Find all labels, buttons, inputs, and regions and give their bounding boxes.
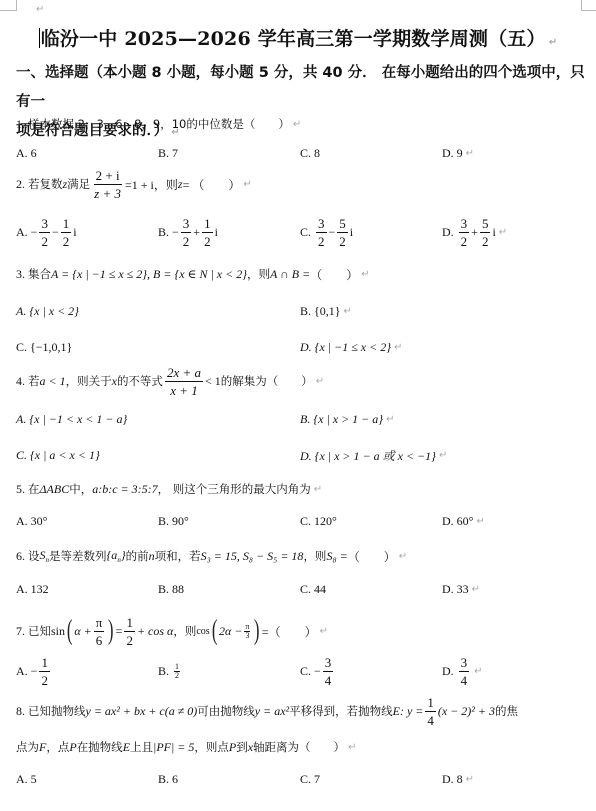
paragraph-mark: ↵ xyxy=(549,37,558,48)
paragraph-mark: ↵ xyxy=(472,584,480,595)
question-1-options: A. 6 B. 7 C. 8 D. 9↵ xyxy=(16,146,586,160)
option-a[interactable]: A. 132 xyxy=(16,582,49,597)
option-a[interactable]: A. −32−12i xyxy=(16,217,77,248)
stem-text: ，则 xyxy=(303,548,326,564)
question-3-options-row-1: A. {x | x < 2} B. {0,1}↵ xyxy=(16,302,586,320)
option-c[interactable]: C. 44 xyxy=(300,582,326,597)
option-d[interactable]: D. 33↵ xyxy=(442,582,480,597)
option-a[interactable]: A. 5 xyxy=(16,772,37,787)
stem-text: 的不等式 xyxy=(117,373,163,389)
option-b[interactable]: B. −32+12i xyxy=(158,217,218,248)
question-number: 3. xyxy=(16,267,25,282)
question-6-options: A. 132 B. 88 C. 44 D. 33↵ xyxy=(16,581,586,597)
option-b[interactable]: B. 12 xyxy=(158,663,182,680)
question-4: 4. 若 a < 1 ，则关于 x 的不等式 2x + ax + 1 < 1 的… xyxy=(16,364,586,398)
page-margin-corner-top-right xyxy=(581,0,596,11)
option-b[interactable]: B. 6 xyxy=(158,772,178,787)
section-heading-line-1: 一、选择题（本小题 8 小题，每小题 5 分，共 40 分． 在每小题给出的四个… xyxy=(16,59,586,117)
option-b[interactable]: B. {0,1}↵ xyxy=(300,304,352,319)
stem-text: ， 则这个三角形的最大内角为 xyxy=(158,481,311,497)
math-expression: {an} xyxy=(107,548,126,564)
math-expression: < 1 xyxy=(205,374,221,389)
math-expression: ΔABC xyxy=(40,482,70,497)
question-2-options: A. −32−12i B. −32+12i C. 32−52i D. 32+52… xyxy=(16,214,586,250)
option-a[interactable]: A. {x | −1 < x < 1 − a} xyxy=(16,412,127,427)
question-stem: 样本数据 2，3，6，8，9，10的中位数是（ ） xyxy=(28,116,290,132)
question-number: 8. xyxy=(16,704,25,719)
stem-text: 集合 xyxy=(28,266,51,282)
option-b[interactable]: B. 88 xyxy=(158,582,184,597)
question-7: 7. 已知 sin (α +π6) = 12 + cos α ，则 cos (2… xyxy=(16,614,586,648)
option-c[interactable]: C. 120° xyxy=(300,514,337,529)
question-3: 3. 集合 A = {x | −1 ≤ x ≤ 2}, B = {x ∈ N |… xyxy=(16,264,586,284)
stem-text: 的前 xyxy=(126,548,149,564)
question-number: 1. xyxy=(16,117,25,132)
paragraph-mark: ↵ xyxy=(499,227,507,238)
option-b[interactable]: B. {x | x > 1 − a}↵ xyxy=(300,412,394,427)
stem-text: 可由抛物线 xyxy=(197,703,255,719)
stem-text: 中， xyxy=(69,481,92,497)
math-expression: y = ax² xyxy=(255,704,289,719)
question-1: 1. 样本数据 2，3，6，8，9，10的中位数是（ ）↵ xyxy=(16,116,586,132)
right-paren: ) xyxy=(254,617,260,645)
option-b[interactable]: B. 7 xyxy=(158,146,178,161)
math-expression: α + xyxy=(74,624,91,639)
paragraph-mark: ↵ xyxy=(466,148,474,159)
fraction: 2 + iz + 3 xyxy=(92,169,123,200)
math-var: Sn xyxy=(40,548,50,564)
stem-text: ，点 xyxy=(46,739,69,755)
question-number: 2. xyxy=(16,177,25,192)
question-8-line-2: 点为 F ，点 P 在抛物线 E 上且 |PF| = 5 ，则点 P 到 x 轴… xyxy=(16,738,586,756)
question-5-options: A. 30° B. 90° C. 120° D. 60°↵ xyxy=(16,513,586,529)
option-a[interactable]: A. {x | x < 2} xyxy=(16,304,79,319)
paragraph-mark: ↵ xyxy=(320,626,328,637)
paragraph-mark: ↵ xyxy=(399,551,407,562)
question-5: 5. 在 ΔABC 中， a:b:c = 3:5:7 ， 则这个三角形的最大内角… xyxy=(16,480,586,498)
option-d[interactable]: D. {x | −1 ≤ x < 2}↵ xyxy=(300,340,402,355)
left-paren: ( xyxy=(67,617,73,645)
math-var: E xyxy=(123,740,130,755)
math-expression: 2α − xyxy=(219,624,242,639)
stem-text: 在 xyxy=(28,481,40,497)
option-a[interactable]: A. 30° xyxy=(16,514,47,529)
question-number: 6. xyxy=(16,549,25,564)
option-c[interactable]: C. {x | a < x < 1} xyxy=(16,448,100,463)
option-d[interactable]: D. 34↵ xyxy=(442,656,483,687)
math-var: F xyxy=(39,740,46,755)
option-c[interactable]: C. 7 xyxy=(300,772,320,787)
section-heading: 一、选择题（本小题 8 小题，每小题 5 分，共 40 分． 在每小题给出的四个… xyxy=(16,59,586,147)
stem-text: 已知抛物线 xyxy=(28,703,86,719)
math-expression: + cos α xyxy=(137,624,173,639)
stem-text: （ ） xyxy=(310,266,358,283)
stem-text: 若 xyxy=(28,373,40,389)
paragraph-mark: ↵ xyxy=(439,450,447,461)
option-a[interactable]: A. 6 xyxy=(16,146,37,161)
math-operator: = xyxy=(116,624,123,639)
option-d[interactable]: D. {x | x > 1 − a 或 x < −1}↵ xyxy=(300,447,447,464)
paragraph-mark: ↵ xyxy=(348,742,356,753)
stem-text: 平移得到，若抛物线 xyxy=(289,703,393,719)
stem-text: 已知 xyxy=(28,623,51,639)
math-expression: S₃ = 15, S₈ − S₅ = 18 xyxy=(201,549,304,564)
math-var: P xyxy=(229,740,236,755)
stem-text: =（ ） xyxy=(262,623,317,640)
paragraph-mark: ↵ xyxy=(394,342,402,353)
stem-text: 轴距离为（ ） xyxy=(253,739,345,755)
paragraph-mark: ↵ xyxy=(466,774,474,785)
document-title[interactable]: 临汾一中 2025—2026 学年高三第一学期数学周测（五）↵ xyxy=(0,24,596,51)
option-d[interactable]: D. 8↵ xyxy=(442,772,474,787)
stem-text: 若复数 xyxy=(28,176,63,192)
math-expression: a:b:c = 3:5:7 xyxy=(92,482,157,497)
paragraph-mark: ↵ xyxy=(316,376,324,387)
question-4-options-row-2: C. {x | a < x < 1} D. {x | x > 1 − a 或 x… xyxy=(16,446,586,464)
stem-text: 项和，若 xyxy=(155,548,201,564)
math-var: P xyxy=(69,740,76,755)
paragraph-mark: ↵ xyxy=(386,414,394,425)
question-3-options-row-2: C. {−1,0,1} D. {x | −1 ≤ x < 2}↵ xyxy=(16,338,586,356)
paragraph-mark: ↵ xyxy=(361,269,369,280)
fraction: 14 xyxy=(425,696,436,727)
stem-text: 的焦 xyxy=(495,703,518,719)
option-d[interactable]: D. 9↵ xyxy=(442,146,474,161)
question-2: 2. 若复数 z 满足 2 + iz + 3 =1 + i，则 z = （ ）↵ xyxy=(16,168,586,200)
stem-text: ，则点 xyxy=(194,739,229,755)
question-6: 6. 设 Sn 是等差数列 {an} 的前 n 项和，若 S₃ = 15, S₈… xyxy=(16,547,586,565)
paragraph-mark: ↵ xyxy=(36,4,44,15)
math-expression: A ∩ B = xyxy=(270,267,310,282)
question-7-options: A. −12 B. 12 C. −34 D. 34↵ xyxy=(16,654,586,688)
stem-text: =1 + i，则 xyxy=(125,176,178,193)
option-d[interactable]: D. 32+52i↵ xyxy=(442,217,507,248)
stem-text: 是等差数列 xyxy=(49,548,107,564)
paragraph-mark: ↵ xyxy=(243,179,251,190)
text-cursor xyxy=(39,28,40,48)
fraction: π6 xyxy=(94,616,105,647)
question-8-options: A. 5 B. 6 C. 7 D. 8↵ xyxy=(16,771,586,787)
page-margin-corner-top-left xyxy=(0,0,17,11)
paragraph-mark: ↵ xyxy=(474,666,482,677)
fraction: π3 xyxy=(244,623,250,640)
left-paren: ( xyxy=(212,617,218,645)
stem-text: 到 xyxy=(236,739,248,755)
stem-text: 设 xyxy=(28,548,40,564)
math-function: cos xyxy=(196,626,209,637)
fraction: 2x + ax + 1 xyxy=(165,366,203,397)
stem-text: 点为 xyxy=(16,739,39,755)
math-expression: S₈ = xyxy=(326,549,347,564)
question-number: 5. xyxy=(16,482,25,497)
stem-text: ，则关于 xyxy=(66,373,112,389)
stem-text: （ ） xyxy=(348,548,396,565)
question-number: 7. xyxy=(16,624,25,639)
option-c[interactable]: C. −34 xyxy=(300,656,335,687)
paragraph-mark: ↵ xyxy=(314,484,322,495)
question-8-line-1: 8. 已知抛物线 y = ax² + bx + c(a ≠ 0) 可由抛物线 y… xyxy=(16,694,586,728)
paragraph-mark: ↵ xyxy=(344,306,352,317)
right-paren: ) xyxy=(108,617,114,645)
question-4-options-row-1: A. {x | −1 < x < 1 − a} B. {x | x > 1 − … xyxy=(16,410,586,428)
stem-text: 在抛物线 xyxy=(77,739,123,755)
stem-text: 上且 xyxy=(130,739,153,755)
stem-text: = （ ） xyxy=(183,176,241,193)
math-expression: (x − 2)² + 3 xyxy=(438,704,495,719)
math-expression: |PF| = 5 xyxy=(153,740,194,755)
option-a[interactable]: A. −12 xyxy=(16,656,52,687)
stem-text: 满足 xyxy=(67,176,90,192)
math-expression: E: y = xyxy=(393,704,424,719)
paragraph-mark: ↵ xyxy=(293,119,301,130)
fraction: 12 xyxy=(124,616,135,647)
stem-text: ，则 xyxy=(173,623,196,639)
title-text: 临汾一中 2025—2026 学年高三第一学期数学周测（五） xyxy=(41,28,546,50)
math-function: sin xyxy=(51,624,65,639)
option-b[interactable]: B. 90° xyxy=(158,514,189,529)
stem-text: ，则 xyxy=(247,266,270,282)
option-c[interactable]: C. 32−52i xyxy=(300,217,353,248)
option-c[interactable]: C. 8 xyxy=(300,146,320,161)
paragraph-mark: ↵ xyxy=(476,516,484,527)
math-expression: y = ax² + bx + c(a ≠ 0) xyxy=(86,704,198,719)
option-d[interactable]: D. 60°↵ xyxy=(442,514,485,529)
option-c[interactable]: C. {−1,0,1} xyxy=(16,340,72,355)
question-number: 4. xyxy=(16,374,25,389)
stem-text: 的解集为（ ） xyxy=(221,373,313,389)
math-expression: A = {x | −1 ≤ x ≤ 2}, B = {x ∈ N | x < 2… xyxy=(51,267,247,282)
math-expression: a < 1 xyxy=(40,374,66,389)
